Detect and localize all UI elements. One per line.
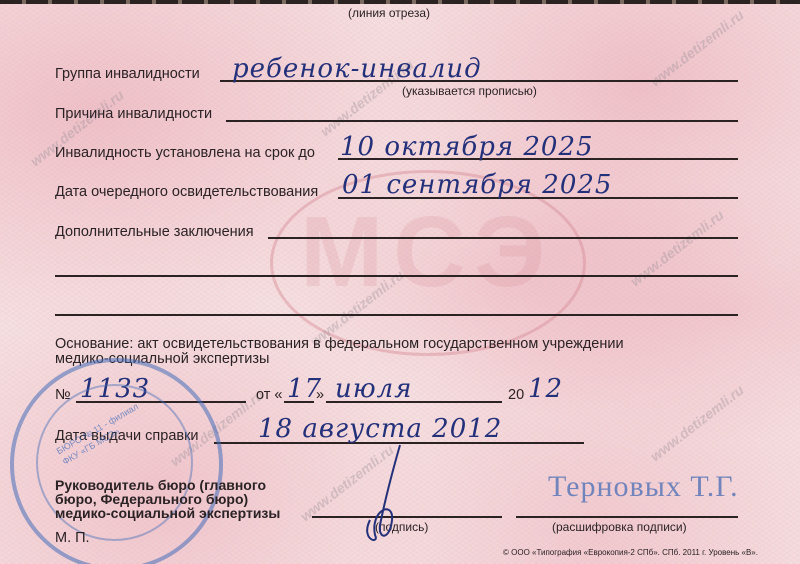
signature-decode-stamp: Терновых Т.Г. (548, 470, 739, 504)
mse-emblem-letters: МСЭ (300, 195, 555, 310)
act-year-prefix: 20 (508, 387, 524, 403)
disability-group-label: Группа инвалидности (55, 66, 200, 82)
act-date-from-prefix: от « (256, 387, 282, 403)
additional-conclusions-line[interactable] (268, 237, 738, 239)
printer-footer: © ООО «Типография «Еврокопия-2 СПб». СПб… (503, 548, 758, 557)
next-examination-label: Дата очередного освидетельствования (55, 184, 318, 200)
disability-group-hint: (указывается прописью) (402, 84, 537, 98)
disability-cause-line[interactable] (226, 120, 738, 122)
act-month-value[interactable]: июля (335, 374, 412, 404)
act-day-suffix: » (316, 387, 324, 403)
act-year-value[interactable]: 12 (528, 374, 563, 404)
disability-group-value[interactable]: ребенок-инвалид (232, 54, 482, 84)
additional-conclusions-line-2[interactable] (55, 275, 738, 277)
established-until-value[interactable]: 10 октября 2025 (340, 132, 594, 162)
signatory-title-line3: медико-социальной экспертизы (55, 506, 280, 521)
handwritten-signature (330, 440, 450, 550)
next-examination-value[interactable]: 01 сентября 2025 (342, 170, 612, 200)
additional-conclusions-line-3[interactable] (55, 314, 738, 316)
cut-line-label: (линия отреза) (348, 6, 430, 20)
signature-decode-label: (расшифровка подписи) (552, 520, 687, 534)
basis-text-line1: Основание: акт освидетельствования в фед… (55, 336, 624, 352)
official-seal: БЮРО № 11 - филиал ФКУ «ГБ МСЭ» (10, 358, 223, 564)
seal-place-label: М. П. (55, 530, 90, 546)
disability-cause-label: Причина инвалидности (55, 106, 212, 122)
established-until-label: Инвалидность установлена на срок до (55, 145, 315, 161)
additional-conclusions-label: Дополнительные заключения (55, 224, 254, 240)
cut-strip (0, 0, 800, 4)
signature-decode-line (516, 516, 738, 518)
